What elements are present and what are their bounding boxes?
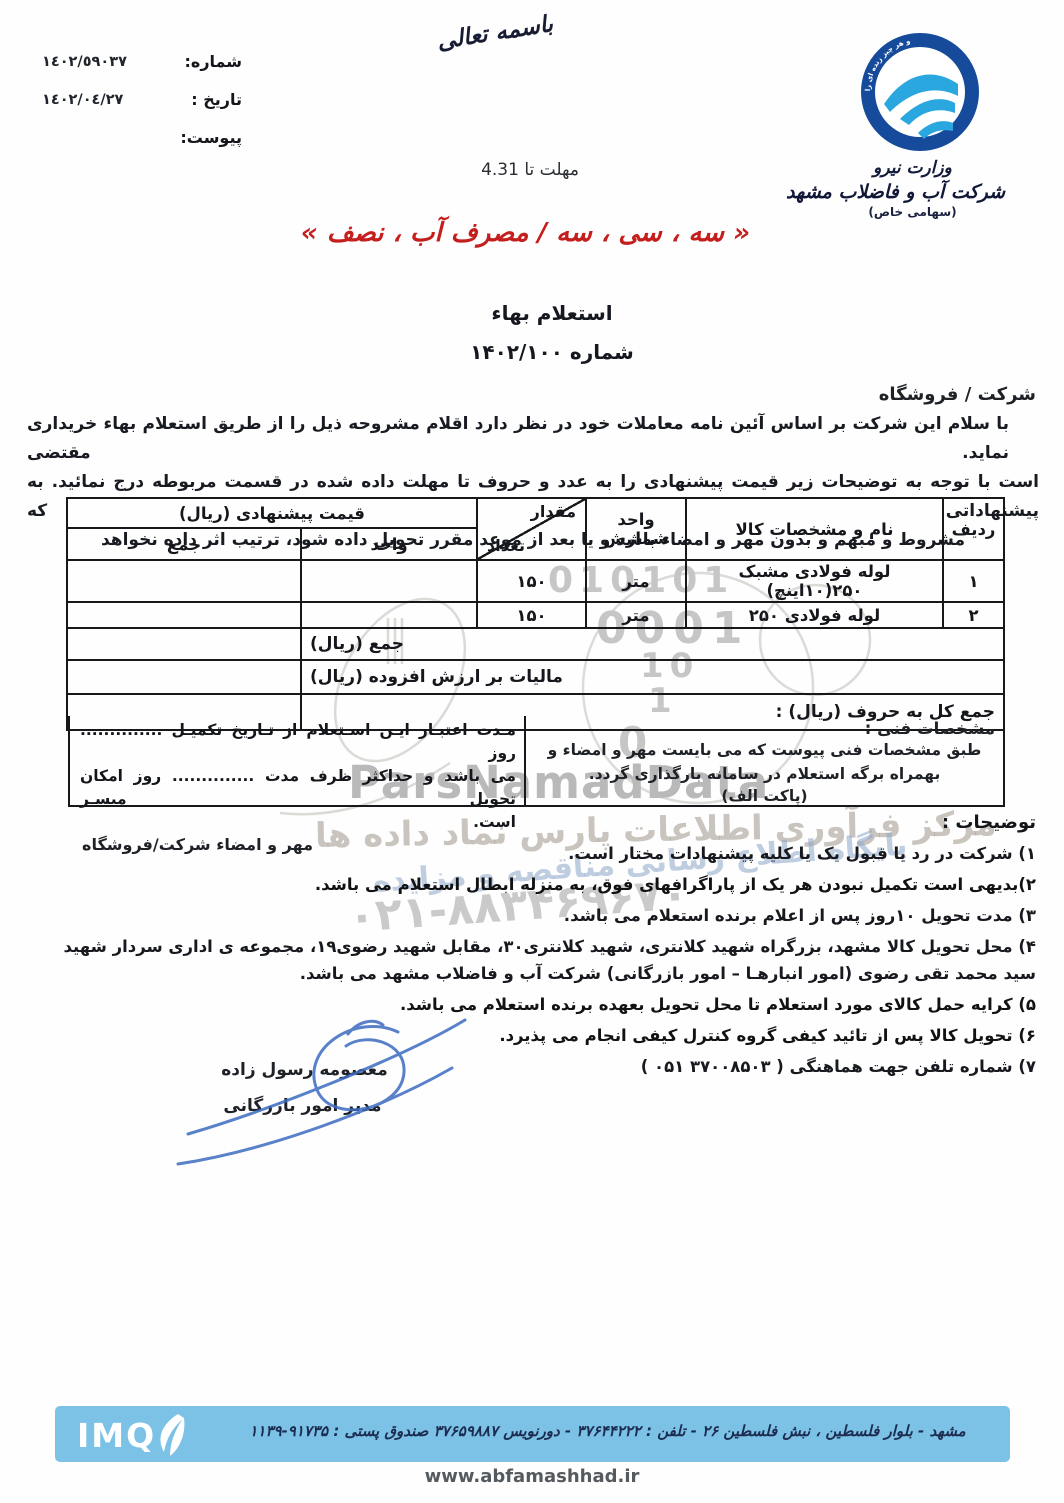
header-row-number: ردیف bbox=[943, 498, 1004, 560]
water-saving-slogan: « سه ، سی ، سه / مصرف آب ، نصف » bbox=[350, 218, 750, 248]
website-url: www.abfamashhad.ir bbox=[0, 1466, 1064, 1487]
notes-title: توضیحات : bbox=[28, 812, 1036, 833]
imq-logo-text: IMQ bbox=[77, 1416, 156, 1455]
item-price-total-cell[interactable] bbox=[67, 560, 301, 602]
organization-titles: وزارت نیرو شرکت آب و فاضلاب مشهد (سهامی … bbox=[820, 158, 1005, 219]
date-label: تاریخ : bbox=[191, 90, 242, 109]
item-quantity: ۱۵۰ bbox=[477, 602, 586, 628]
attachment-row: پیوست: bbox=[42, 128, 242, 147]
technical-spec-cell: مشخصات فنی : طبق مشخصات فنی پیوست که می … bbox=[524, 716, 1003, 805]
technical-spec-packet: (پاکت الف) bbox=[526, 787, 1003, 805]
header-proposed-price: قیمت پیشنهادی (ریال) bbox=[67, 498, 477, 528]
note-item-7: ۷) شماره تلفن جهت هماهنگی ⁦( ۰۵۱ ۳۷۰۰۸۵۰… bbox=[28, 1053, 1036, 1080]
header-quantity-bottom: تعداد bbox=[487, 536, 525, 555]
page-title: استعلام بهاء bbox=[382, 301, 722, 325]
footer-address: مشهد - بلوار فلسطین ، نبش فلسطین ۲۶ - تل… bbox=[230, 1422, 985, 1440]
addressee-line: شرکت / فروشگاه bbox=[879, 384, 1036, 405]
inquiry-document-page: 010101 0001 10 1 0 ParsNamadData مرکز فر… bbox=[0, 0, 1064, 1503]
validity-line-2: می باشد و حداکثر ظرف مدت .............. … bbox=[80, 765, 516, 811]
ref-number-row: شماره: ١٤٠٢/٥٩٠٣٧ bbox=[42, 52, 242, 71]
note-item-2: ۲)بدیهی است تکمیل نبودن هر یک از پاراگرا… bbox=[28, 871, 1036, 898]
bismillah-calligraphy: باسمه تعالی bbox=[429, 10, 561, 56]
validity-line-1: مـدت اعتبـار ایـن اسـتعلام از تـاریخ تکم… bbox=[80, 719, 516, 765]
item-quantity: ۱۵۰ bbox=[477, 560, 586, 602]
note-item-3: ۳) مدت تحویل ۱۰روز پس از اعلام برنده است… bbox=[28, 902, 1036, 929]
header-price-unit: واحد bbox=[301, 528, 477, 560]
item-unit: متر bbox=[586, 602, 686, 628]
vat-value-cell[interactable] bbox=[67, 660, 301, 694]
note-item-1: ۱) شرکت در رد یا قبول یک یا کلیه پیشنهاد… bbox=[28, 840, 1036, 867]
company-type: (سهامی خاص) bbox=[820, 205, 1005, 219]
document-number: شماره ۱۴۰۲/۱۰۰ bbox=[382, 340, 722, 364]
item-row-number: ۲ bbox=[943, 602, 1004, 628]
item-unit: متر bbox=[586, 560, 686, 602]
sum-label: جمع (ریال) bbox=[301, 628, 1004, 660]
note-item-6: ۶) تحویل کالا پس از تائید کیفی گروه کنتر… bbox=[28, 1022, 1036, 1049]
signatory-role: مدیر امور بازرگانی bbox=[205, 1096, 400, 1116]
sum-value-cell[interactable] bbox=[67, 628, 301, 660]
header-quantity-diagonal-cell: مقدار تعداد bbox=[477, 498, 586, 560]
footer-banner: IMQ مشهد - بلوار فلسطین ، نبش فلسطین ۲۶ … bbox=[55, 1406, 1010, 1462]
item-price-total-cell[interactable] bbox=[67, 602, 301, 628]
signatory-name: معصومه رسول زاده bbox=[212, 1060, 397, 1080]
water-company-emblem-icon: و هر چیز زنده ای را از آب قرار دادیم bbox=[856, 28, 984, 156]
notes-section: توضیحات : ۱) شرکت در رد یا قبول یک یا کل… bbox=[28, 812, 1036, 1084]
date-value: ١٤٠٢/٠٤/٢٧ bbox=[42, 92, 123, 108]
company-logo: و هر چیز زنده ای را از آب قرار دادیم bbox=[845, 28, 995, 160]
ministry-name: وزارت نیرو bbox=[820, 158, 1005, 178]
technical-spec-body: طبق مشخصات فنی پیوست که می بایست مهر و ا… bbox=[526, 738, 1003, 786]
technical-spec-title: مشخصات فنی : bbox=[526, 716, 1003, 738]
note-item-5: ۵) کرایه حمل کالای مورد استعلام تا محل ت… bbox=[28, 991, 1036, 1018]
deadline-note: مهلت تا 4.31 bbox=[420, 160, 640, 180]
imq-logo: IMQ bbox=[77, 1412, 190, 1458]
company-name: شرکت آب و فاضلاب مشهد bbox=[820, 181, 1005, 203]
item-price-unit-cell[interactable] bbox=[301, 602, 477, 628]
table-bottom-section: مشخصات فنی : طبق مشخصات فنی پیوست که می … bbox=[68, 716, 1005, 807]
intro-line-1: با سلام این شرکت بر اساس آئین نامه معامل… bbox=[27, 410, 1039, 468]
item-name: لوله فولادی ۲۵۰ bbox=[686, 602, 943, 628]
header-count-unit: واحد شمارش bbox=[586, 498, 686, 560]
imq-leaf-icon bbox=[156, 1412, 190, 1458]
header-price-total: جمع bbox=[67, 528, 301, 560]
ref-number-label: شماره: bbox=[184, 52, 242, 71]
vat-label: مالیات بر ارزش افزوده (ریال) bbox=[301, 660, 1004, 694]
validity-cell: مـدت اعتبـار ایـن اسـتعلام از تـاریخ تکم… bbox=[70, 716, 524, 805]
ref-number-value: ١٤٠٢/٥٩٠٣٧ bbox=[42, 54, 127, 70]
note-item-4: ۴) محل تحویل کالا مشهد، بزرگراه شهید کلا… bbox=[28, 933, 1036, 987]
table-row: ۱ لوله فولادی مشبک ۲۵۰(۱۰اینچ) متر ۱۵۰ bbox=[67, 560, 1004, 602]
item-row-number: ۱ bbox=[943, 560, 1004, 602]
header-quantity-top: مقدار bbox=[531, 502, 576, 521]
item-price-unit-cell[interactable] bbox=[301, 560, 477, 602]
attachment-label: پیوست: bbox=[180, 128, 242, 147]
item-name: لوله فولادی مشبک ۲۵۰(۱۰اینچ) bbox=[686, 560, 943, 602]
header-item-name: نام و مشخصات کالا bbox=[686, 498, 943, 560]
date-row: تاریخ : ١٤٠٢/٠٤/٢٧ bbox=[42, 90, 242, 109]
table-row: ۲ لوله فولادی ۲۵۰ متر ۱۵۰ bbox=[67, 602, 1004, 628]
document-meta-block: شماره: ١٤٠٢/٥٩٠٣٧ تاریخ : ١٤٠٢/٠٤/٢٧ پیو… bbox=[42, 52, 242, 166]
items-table: ردیف نام و مشخصات کالا واحد شمارش مقدار … bbox=[68, 497, 1005, 731]
